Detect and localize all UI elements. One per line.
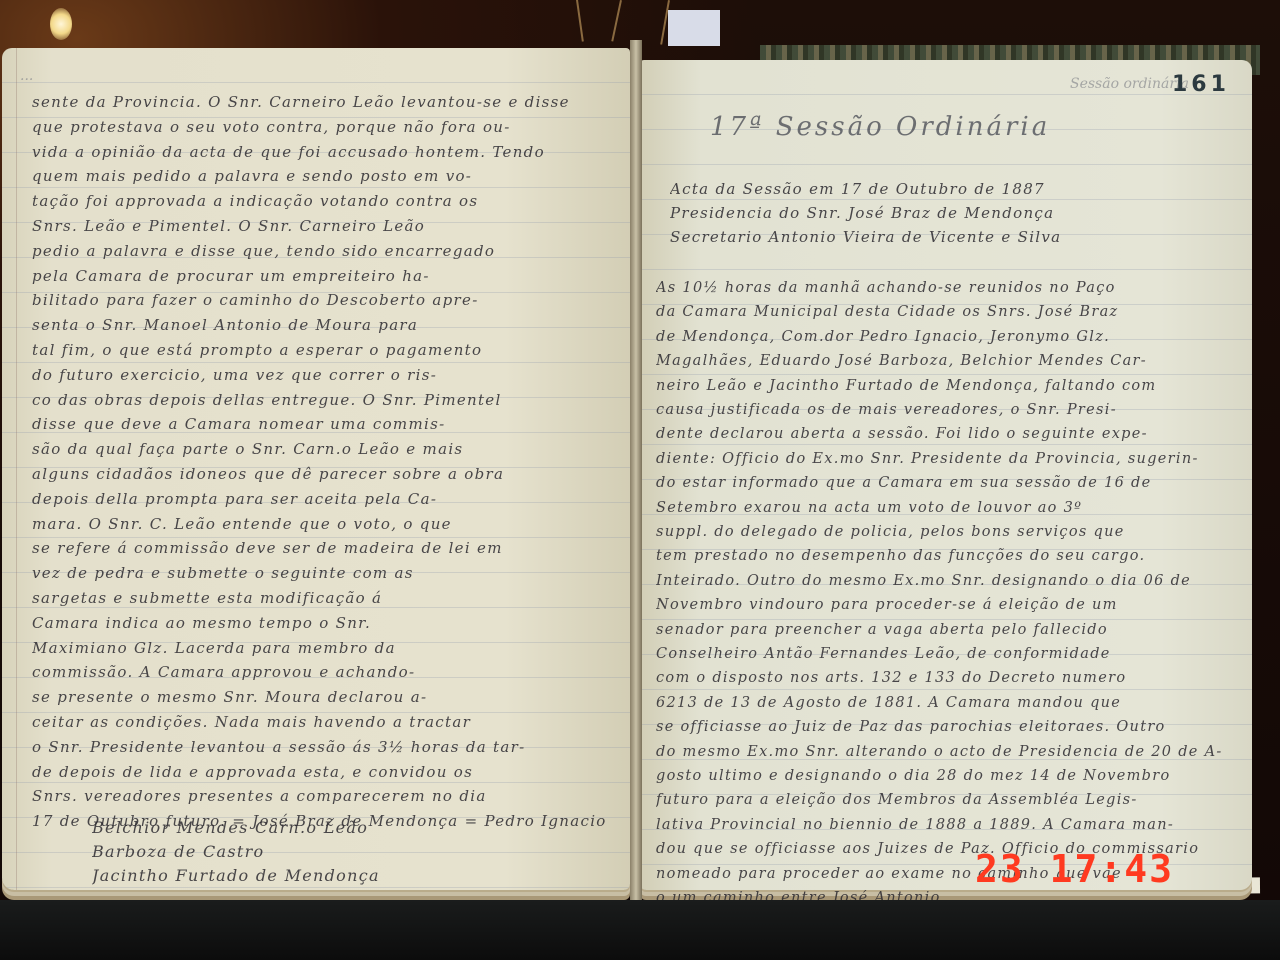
handwritten-line: vida a opinião da acta de que foi accusa…	[32, 143, 622, 161]
handwritten-line: depois della prompta para ser aceita pel…	[32, 490, 622, 508]
handwritten-line: Secretario Antonio Vieira de Vicente e S…	[670, 228, 1240, 246]
left-page: ... sente da Provincia. O Snr. Carneiro …	[2, 48, 630, 890]
handwritten-line: Barboza de Castro	[92, 842, 612, 861]
right-page: Sessão ordinária 161 17ª Sessão Ordinári…	[640, 60, 1252, 890]
handwritten-line: quem mais pedido a palavra e sendo posto…	[32, 167, 622, 185]
handwritten-line: sargetas e submette esta modificação á	[32, 589, 622, 607]
handwritten-line: de Mendonça, Com.dor Pedro Ignacio, Jero…	[656, 329, 1236, 345]
handwritten-line: do mesmo Ex.mo Snr. alterando o acto de …	[656, 744, 1236, 760]
handwritten-line: Jacintho Furtado de Mendonça	[92, 866, 612, 885]
handwritten-line: 6213 de 13 de Agosto de 1881. A Camara m…	[656, 695, 1236, 711]
handwritten-line: co das obras depois dellas entregue. O S…	[32, 391, 622, 409]
handwritten-line: commissão. A Camara approvou e achando-	[32, 663, 622, 681]
handwritten-line: da Camara Municipal desta Cidade os Snrs…	[656, 304, 1236, 320]
handwritten-line: Conselheiro Antão Fernandes Leão, de con…	[656, 646, 1236, 662]
handwritten-line: com o disposto nos arts. 132 e 133 do De…	[656, 670, 1236, 686]
handwritten-line: vez de pedra e submette o seguinte com a…	[32, 564, 622, 582]
handwritten-line: de depois de lida e approvada esta, e co…	[32, 763, 622, 781]
handwritten-line: gosto ultimo e designando o dia 28 do me…	[656, 768, 1236, 784]
handwritten-line: As 10½ horas da manhã achando-se reunido…	[656, 280, 1236, 296]
handwritten-line: senador para preencher a vaga aberta pel…	[656, 622, 1236, 638]
corner-mark: ...	[20, 68, 33, 84]
handwritten-line: se refere á commissão deve ser de madeir…	[32, 539, 622, 557]
page-number: 161	[1172, 72, 1230, 97]
handwritten-line: suppl. do delegado de policia, pelos bon…	[656, 524, 1236, 540]
handwritten-line: Setembro exarou na acta um voto de louvo…	[656, 500, 1236, 516]
handwritten-line: causa justificada os de mais vereadores,…	[656, 402, 1236, 418]
handwritten-line: Maximiano Glz. Lacerda para membro da	[32, 639, 622, 657]
handwritten-line: do estar informado que a Camara em sua s…	[656, 475, 1236, 491]
handwritten-line: se officiasse ao Juiz de Paz das parochi…	[656, 719, 1236, 735]
lamp-light	[50, 8, 72, 40]
handwritten-line: se presente o mesmo Snr. Moura declarou …	[32, 688, 622, 706]
handwritten-line: do futuro exercicio, uma vez que correr …	[32, 366, 622, 384]
handwritten-line: futuro para a eleição dos Membros da Ass…	[656, 792, 1236, 808]
timestamp-time: 17:43	[1050, 847, 1174, 891]
handwritten-line: Belchior Mendes Carn.o Leão	[92, 818, 612, 837]
handwritten-line: Presidencia do Snr. José Braz de Mendonç…	[670, 204, 1240, 222]
handwritten-line: Snrs. vereadores presentes a comparecere…	[32, 787, 622, 805]
handwritten-line: senta o Snr. Manoel Antonio de Moura par…	[32, 316, 622, 334]
handwritten-line: mara. O Snr. C. Leão entende que o voto,…	[32, 515, 622, 533]
handwritten-line: neiro Leão e Jacintho Furtado de Mendonç…	[656, 378, 1236, 394]
session-heading: 17ª Sessão Ordinária	[710, 112, 1050, 142]
handwritten-line: bilitado para fazer o caminho do Descobe…	[32, 291, 622, 309]
handwritten-line: diente: Officio do Ex.mo Snr. Presidente…	[656, 451, 1236, 467]
handwritten-line: disse que deve a Camara nomear uma commi…	[32, 415, 622, 433]
handwritten-line: pela Camara de procurar um empreiteiro h…	[32, 267, 622, 285]
handwritten-line: Camara indica ao mesmo tempo o Snr.	[32, 614, 622, 632]
handwritten-line: Acta da Sessão em 17 de Outubro de 1887	[670, 180, 1240, 198]
handwritten-line: alguns cidadãos idoneos que dê parecer s…	[32, 465, 622, 483]
handwritten-line: tem prestado no desempenho das funcções …	[656, 548, 1236, 564]
camera-timestamp: 23 17:43	[975, 847, 1174, 891]
handwritten-line: são da qual faça parte o Snr. Carn.o Leã…	[32, 440, 622, 458]
handwritten-line: Magalhães, Eduardo José Barboza, Belchio…	[656, 353, 1236, 369]
timestamp-day: 23	[975, 847, 1025, 891]
handwritten-line: pedio a palavra e disse que, tendo sido …	[32, 242, 622, 260]
handwritten-line: tal fim, o que está prompto a esperar o …	[32, 341, 622, 359]
handwritten-line: Novembro vindouro para proceder-se á ele…	[656, 597, 1236, 613]
handwritten-line: Inteirado. Outro do mesmo Ex.mo Snr. des…	[656, 573, 1236, 589]
handwritten-line: tação foi approvada a indicação votando …	[32, 192, 622, 210]
handwritten-line: o Snr. Presidente levantou a sessão ás 3…	[32, 738, 622, 756]
handwritten-line: Snrs. Leão e Pimentel. O Snr. Carneiro L…	[32, 217, 622, 235]
book-spine	[630, 40, 642, 920]
handwritten-line: lativa Provincial no biennio de 1888 a 1…	[656, 817, 1236, 833]
margin-line	[16, 48, 17, 890]
handwritten-line: ceitar as condições. Nada mais havendo a…	[32, 713, 622, 731]
handwritten-line: sente da Provincia. O Snr. Carneiro Leão…	[32, 93, 622, 111]
handwritten-line: dente declarou aberta a sessão. Foi lido…	[656, 426, 1236, 442]
table-surface	[0, 900, 1280, 960]
handwritten-line: que protestava o seu voto contra, porque…	[32, 118, 622, 136]
